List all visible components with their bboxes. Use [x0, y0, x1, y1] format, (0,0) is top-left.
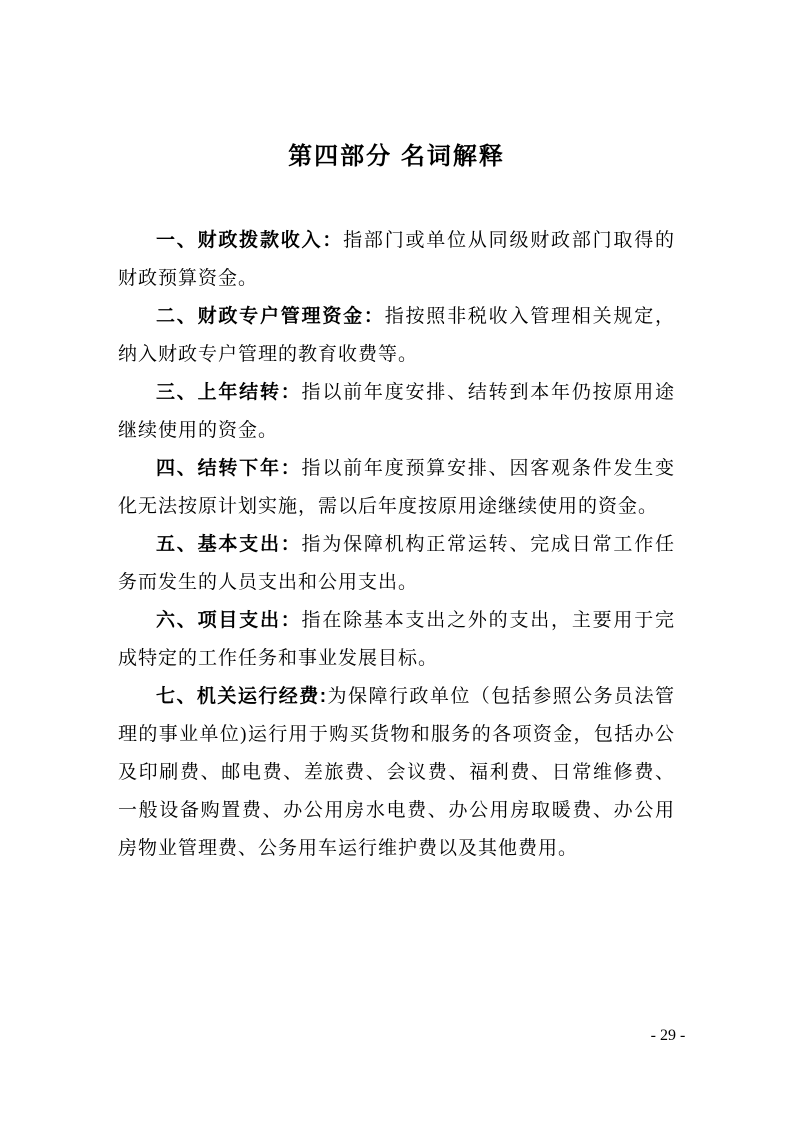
glossary-item: 一、财政拨款收入：指部门或单位从同级财政部门取得的财政预算资金。: [118, 222, 675, 298]
term-definition: 为保障行政单位（包括参照公务员法管理的事业单位)运行用于购买货物和服务的各项资金…: [118, 686, 675, 859]
term-label: 一、财政拨款收入：: [156, 230, 343, 251]
glossary-item: 七、机关运行经费:为保障行政单位（包括参照公务员法管理的事业单位)运行用于购买货…: [118, 678, 675, 868]
term-label: 五、基本支出：: [156, 534, 302, 555]
page-content: 第四部分 名词解释 一、财政拨款收入：指部门或单位从同级财政部门取得的财政预算资…: [118, 0, 675, 868]
glossary-item: 四、结转下年：指以前年度预算安排、因客观条件发生变化无法按原计划实施，需以后年度…: [118, 450, 675, 526]
page-number: - 29 -: [638, 1026, 698, 1046]
glossary-item: 六、项目支出：指在除基本支出之外的支出，主要用于完成特定的工作任务和事业发展目标…: [118, 602, 675, 678]
glossary-item: 三、上年结转：指以前年度安排、结转到本年仍按原用途继续使用的资金。: [118, 374, 675, 450]
term-label: 四、结转下年：: [156, 458, 302, 479]
term-label: 二、财政专户管理资金：: [156, 306, 385, 327]
glossary-item: 二、财政专户管理资金：指按照非税收入管理相关规定，纳入财政专户管理的教育收费等。: [118, 298, 675, 374]
glossary-section: 一、财政拨款收入：指部门或单位从同级财政部门取得的财政预算资金。 二、财政专户管…: [118, 222, 675, 868]
term-label: 六、项目支出：: [156, 610, 302, 631]
page-title: 第四部分 名词解释: [118, 142, 675, 172]
term-label: 三、上年结转：: [156, 382, 302, 403]
glossary-item: 五、基本支出：指为保障机构正常运转、完成日常工作任务而发生的人员支出和公用支出。: [118, 526, 675, 602]
document-page: 第四部分 名词解释 一、财政拨款收入：指部门或单位从同级财政部门取得的财政预算资…: [0, 0, 793, 1122]
term-label: 七、机关运行经费:: [156, 686, 327, 707]
